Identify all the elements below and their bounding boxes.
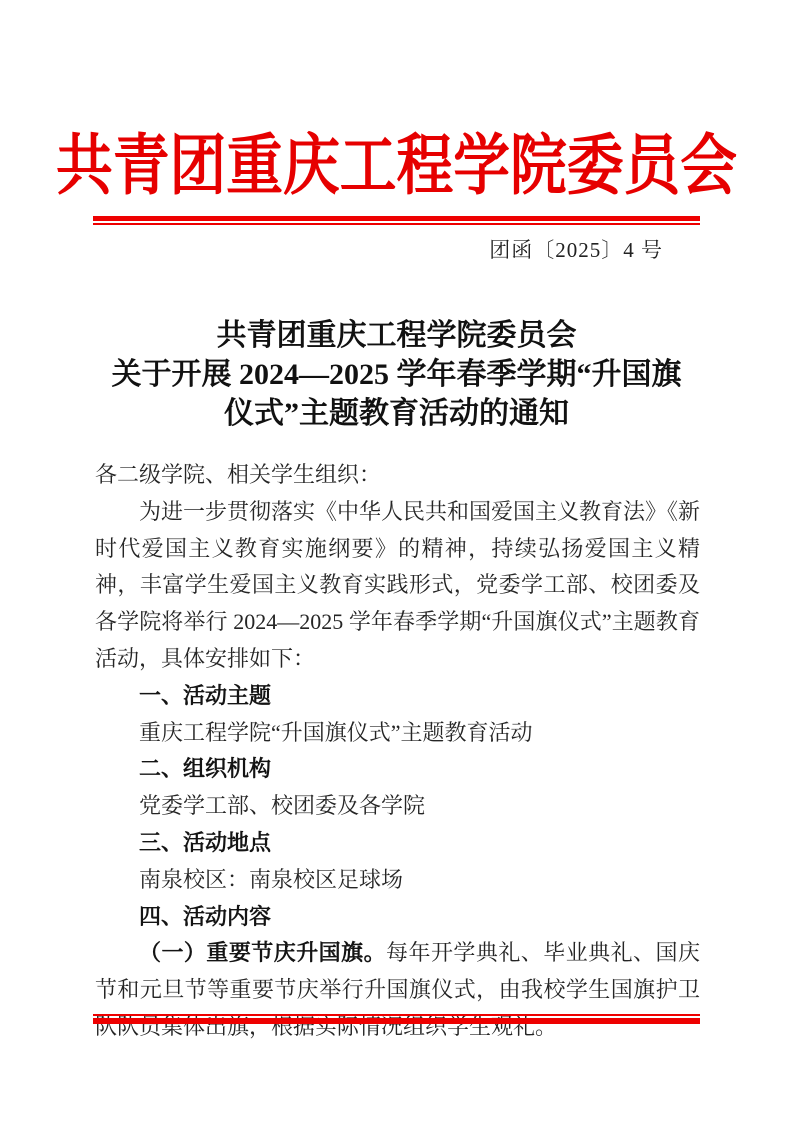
red-separator-top [93, 216, 700, 225]
section-heading-content: 四、活动内容 [95, 899, 700, 936]
section-content-organizer: 党委学工部、校团委及各学院 [95, 788, 700, 825]
notice-title: 共青团重庆工程学院委员会 关于开展 2024—2025 学年春季学期“升国旗 仪… [0, 316, 793, 433]
salutation: 各二级学院、相关学生组织： [95, 457, 700, 494]
section-heading-theme: 一、活动主题 [95, 678, 700, 715]
red-rule-thick [93, 1018, 700, 1024]
masthead-org-title: 共青团重庆工程学院委员会 [56, 132, 738, 202]
notice-title-line-1: 共青团重庆工程学院委员会 [0, 316, 793, 355]
section-content-location: 南泉校区：南泉校区足球场 [95, 862, 700, 899]
section-content-activities: （一）重要节庆升国旗。每年开学典礼、毕业典礼、国庆节和元旦节等重要节庆举行升国旗… [95, 935, 700, 1045]
red-rule-thin [93, 223, 700, 225]
activity-item-lead: （一）重要节庆升国旗。 [139, 940, 386, 965]
section-content-theme: 重庆工程学院“升国旗仪式”主题教育活动 [95, 715, 700, 752]
intro-paragraph: 为进一步贯彻落实《中华人民共和国爱国主义教育法》《新时代爱国主义教育实施纲要》的… [95, 494, 700, 678]
section-heading-organizer: 二、组织机构 [95, 751, 700, 788]
notice-title-line-2: 关于开展 2024—2025 学年春季学期“升国旗 [0, 355, 793, 394]
red-separator-bottom [93, 1014, 700, 1024]
notice-title-line-3: 仪式”主题教育活动的通知 [0, 394, 793, 433]
document-body: 各二级学院、相关学生组织： 为进一步贯彻落实《中华人民共和国爱国主义教育法》《新… [95, 457, 700, 1046]
document-number: 团函〔2025〕4 号 [489, 237, 663, 263]
section-heading-location: 三、活动地点 [95, 825, 700, 862]
official-notice-page: 共青团重庆工程学院委员会 团函〔2025〕4 号 共青团重庆工程学院委员会 关于… [0, 0, 793, 1122]
